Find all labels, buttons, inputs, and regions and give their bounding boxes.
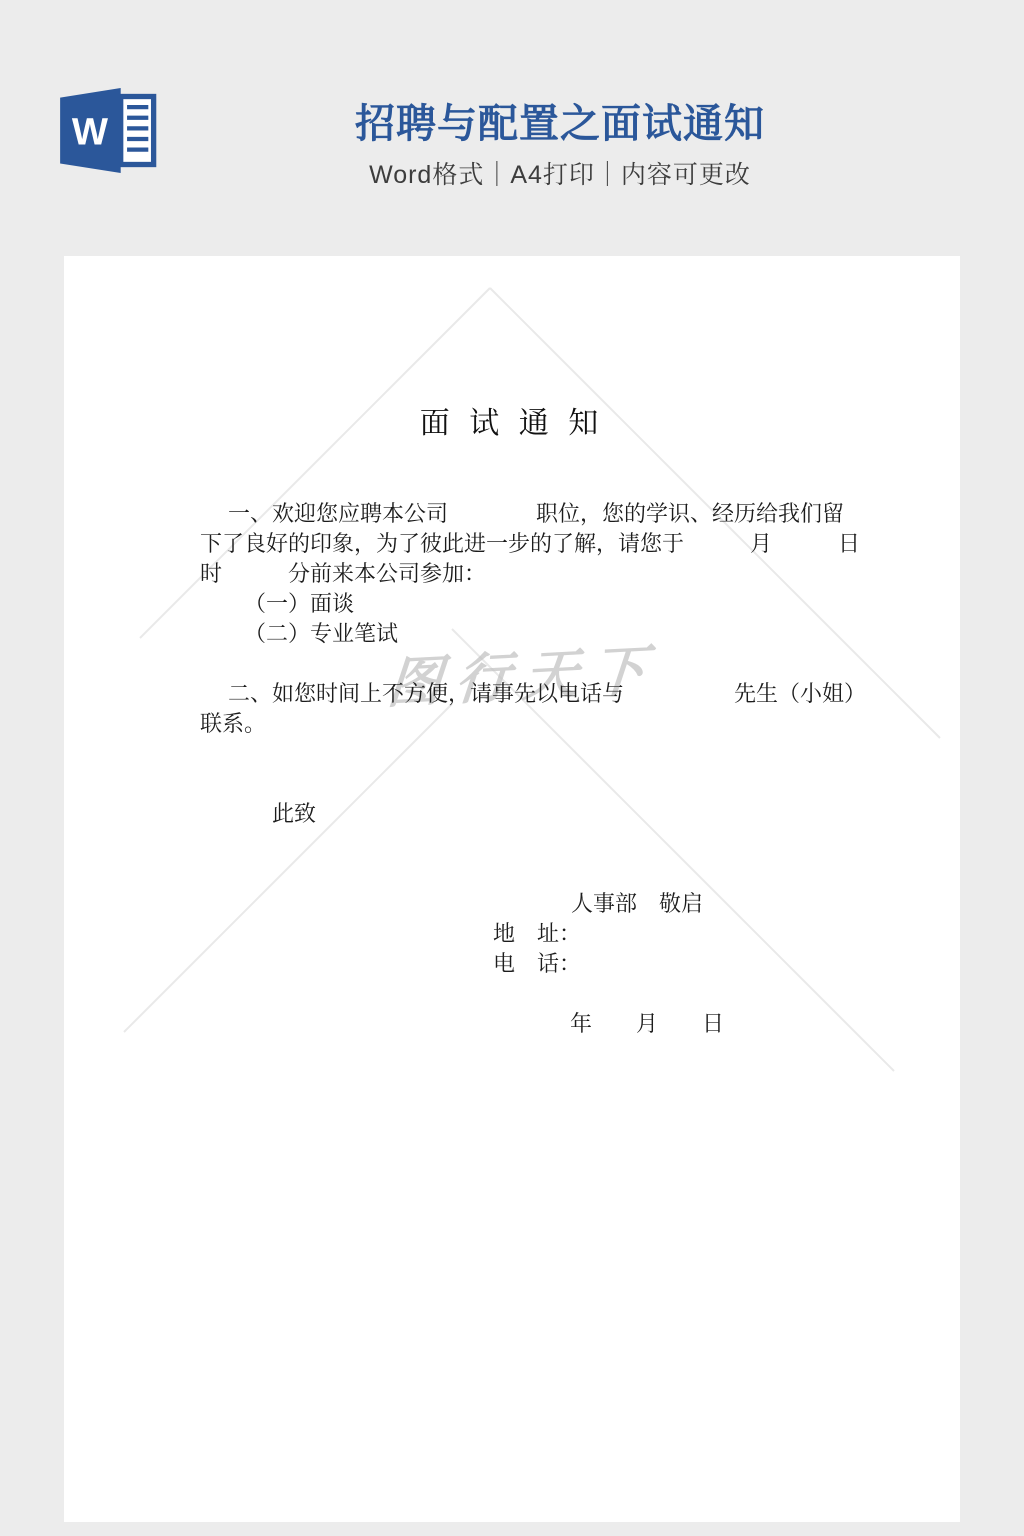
blank-line <box>200 649 905 679</box>
doc-line: 时 分前来本公司参加： <box>200 559 905 589</box>
blank-line <box>200 979 905 1009</box>
blank-line <box>200 829 905 859</box>
doc-line: 二、如您时间上不方便，请事先以电话与 先生（小姐） <box>200 679 905 709</box>
doc-line: 一、欢迎您应聘本公司 职位，您的学识、经历给我们留 <box>200 499 905 529</box>
page-title: 招聘与配置之面试通知 <box>160 92 960 149</box>
doc-body: 一、欢迎您应聘本公司 职位，您的学识、经历给我们留 下了良好的印象，为了彼此进一… <box>200 499 905 1039</box>
blank-line <box>200 739 905 769</box>
document-page: 图行天下 面 试 通 知 一、欢迎您应聘本公司 职位，您的学识、经历给我们留 下… <box>64 256 960 1522</box>
doc-line: 下了良好的印象，为了彼此进一步的了解，请您于 月 日 <box>200 529 905 559</box>
document-content: 面 试 通 知 一、欢迎您应聘本公司 职位，您的学识、经历给我们留 下了良好的印… <box>64 256 960 1522</box>
doc-line: 人事部 敬启 <box>200 889 905 919</box>
doc-line: 联系。 <box>200 709 905 739</box>
word-letter: W <box>72 110 109 153</box>
word-logo-icon: W <box>60 88 158 173</box>
blank-line <box>200 769 905 799</box>
doc-line: （二）专业笔试 <box>200 619 905 649</box>
page-subtitle: Word格式｜A4打印｜内容可更改 <box>160 155 960 191</box>
doc-line: 年 月 日 <box>200 1009 905 1039</box>
blank-line <box>200 859 905 889</box>
doc-line: （一）面谈 <box>200 589 905 619</box>
doc-line: 电 话： <box>200 949 905 979</box>
doc-line: 此致 <box>200 799 905 829</box>
doc-line: 地 址： <box>200 919 905 949</box>
doc-title: 面 试 通 知 <box>64 398 960 442</box>
